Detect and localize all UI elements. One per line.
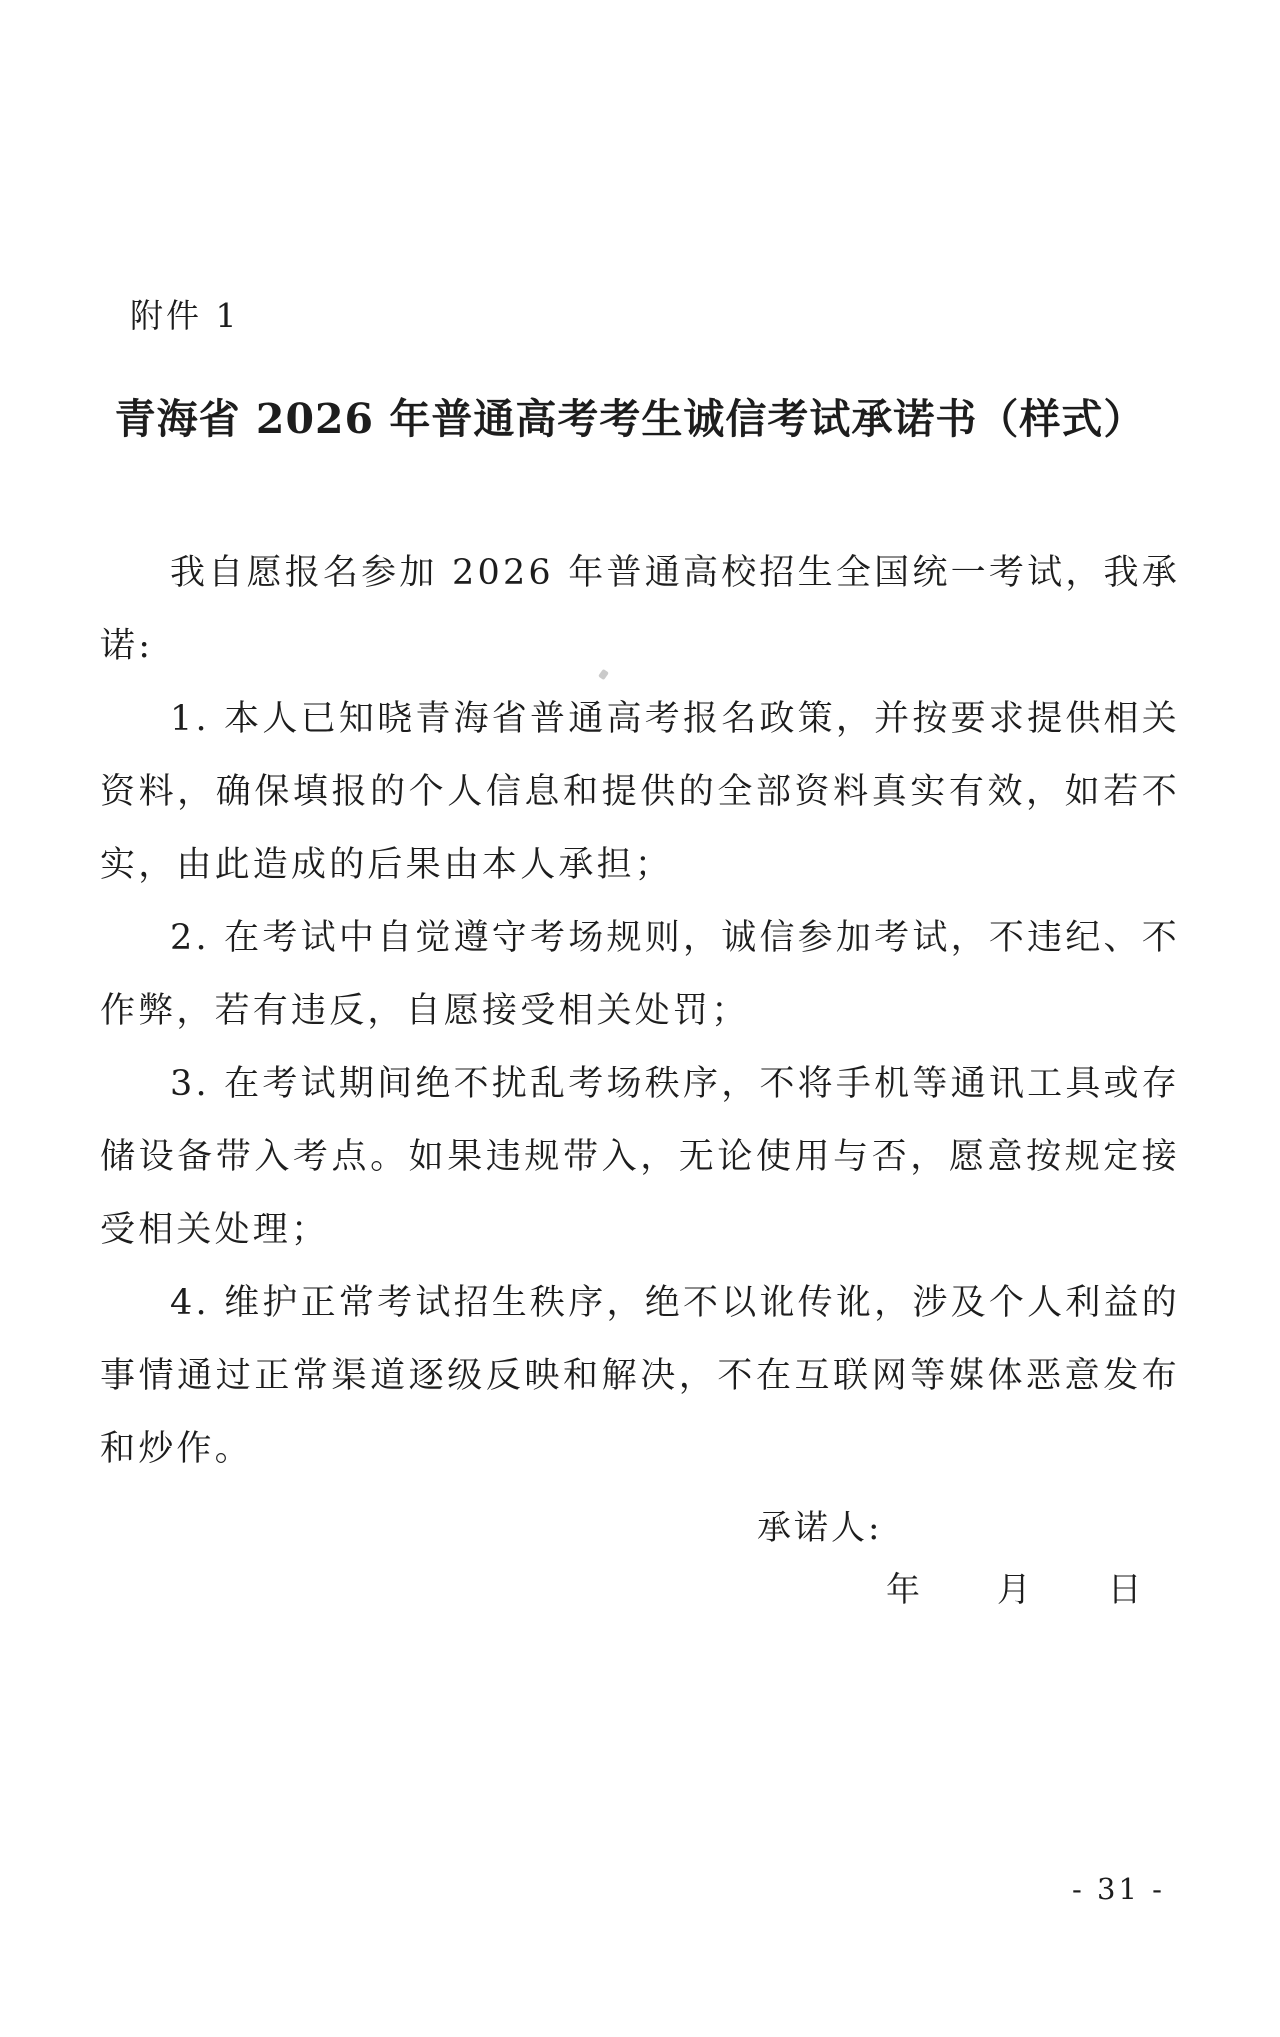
date-year-label: 年 bbox=[886, 1562, 920, 1611]
date-line: 年 月 日 bbox=[886, 1562, 1142, 1611]
date-day-label: 日 bbox=[1108, 1562, 1142, 1611]
document-title: 青海省 2026 年普通高考考生诚信考试承诺书（样式） bbox=[40, 386, 1220, 445]
paragraph-item-4: 4. 维护正常考试招生秩序，绝不以讹传讹，涉及个人利益的事情通过正常渠道逐级反映… bbox=[100, 1267, 1180, 1486]
paragraph-intro: 我自愿报名参加 2026 年普通高校招生全国统一考试，我承诺: bbox=[100, 537, 1180, 683]
paragraph-item-1: 1. 本人已知晓青海省普通高考报名政策，并按要求提供相关资料，确保填报的个人信息… bbox=[100, 683, 1180, 902]
document-body: 我自愿报名参加 2026 年普通高校招生全国统一考试，我承诺: 1. 本人已知晓… bbox=[100, 537, 1180, 1486]
date-month-label: 月 bbox=[997, 1562, 1031, 1611]
attachment-label: 附件 1 bbox=[130, 290, 240, 337]
paragraph-item-2: 2. 在考试中自觉遵守考场规则，诚信参加考试，不违纪、不作弊，若有违反，自愿接受… bbox=[100, 902, 1180, 1048]
paragraph-item-3: 3. 在考试期间绝不扰乱考场秩序，不将手机等通讯工具或存储设备带入考点。如果违规… bbox=[100, 1048, 1180, 1267]
promisor-label: 承诺人: bbox=[757, 1500, 882, 1549]
document-page: 附件 1 青海省 2026 年普通高考考生诚信考试承诺书（样式） 我自愿报名参加… bbox=[0, 0, 1280, 2037]
page-number: - 31 - bbox=[1072, 1872, 1165, 1906]
